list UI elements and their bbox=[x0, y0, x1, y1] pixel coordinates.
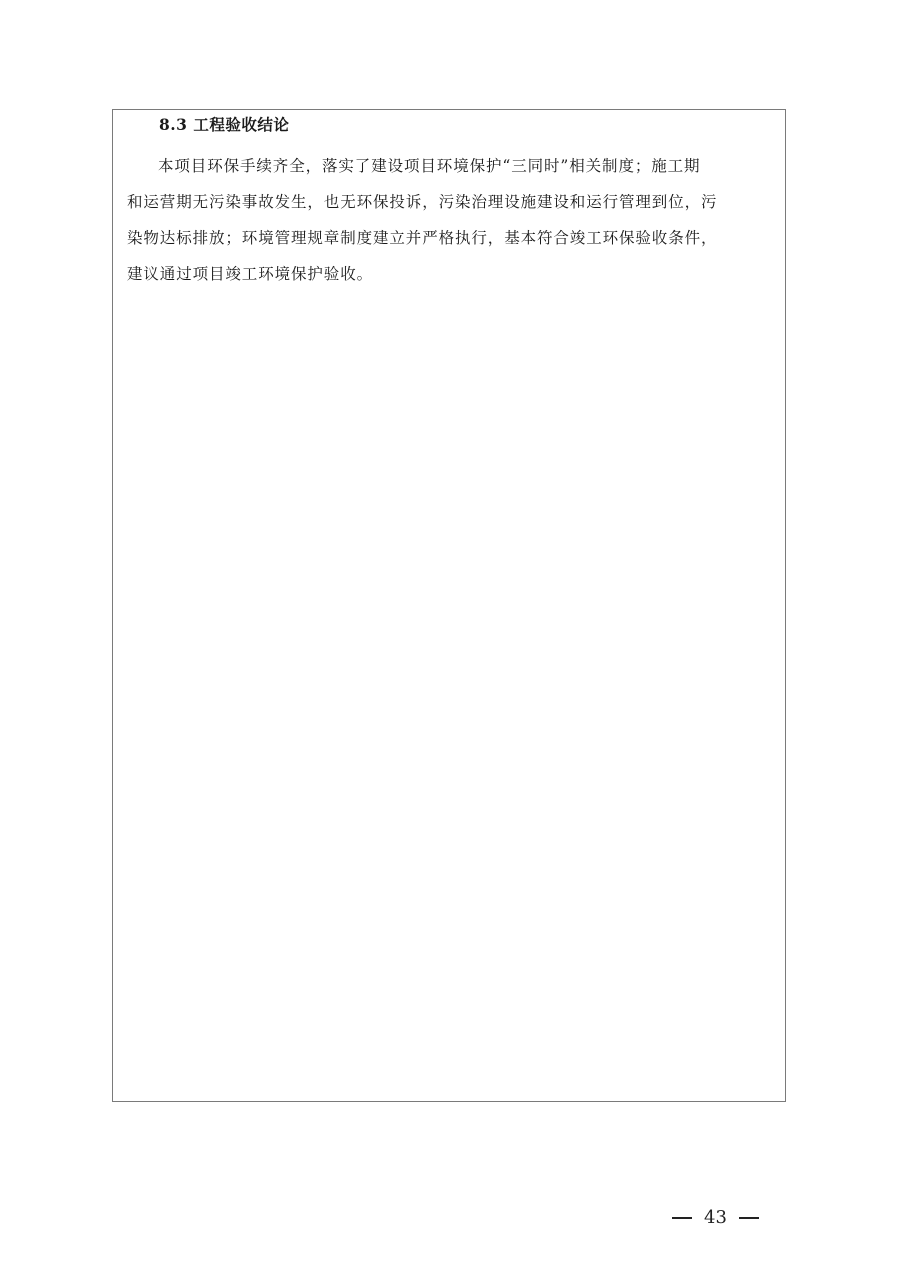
page-footer: 43 bbox=[672, 1206, 759, 1230]
content-frame: 8.3 工程验收结论 本项目环保手续齐全，落实了建设项目环境保护“三同时”相关制… bbox=[112, 109, 786, 1102]
dash-left bbox=[672, 1217, 692, 1219]
section-heading: 8.3 工程验收结论 bbox=[159, 114, 289, 136]
dash-right bbox=[739, 1217, 759, 1219]
page-number: 43 bbox=[704, 1206, 727, 1230]
paragraph-line: 染物达标排放；环境管理规章制度建立并严格执行，基本符合竣工环保验收条件， bbox=[127, 220, 775, 256]
paragraph-line: 和运营期无污染事故发生，也无环保投诉，污染治理设施建设和运行管理到位，污 bbox=[127, 184, 775, 220]
conclusion-paragraph: 本项目环保手续齐全，落实了建设项目环境保护“三同时”相关制度；施工期 和运营期无… bbox=[127, 148, 775, 292]
paragraph-line: 建议通过项目竣工环境保护验收。 bbox=[127, 256, 775, 292]
paragraph-line: 本项目环保手续齐全，落实了建设项目环境保护“三同时”相关制度；施工期 bbox=[127, 148, 775, 184]
